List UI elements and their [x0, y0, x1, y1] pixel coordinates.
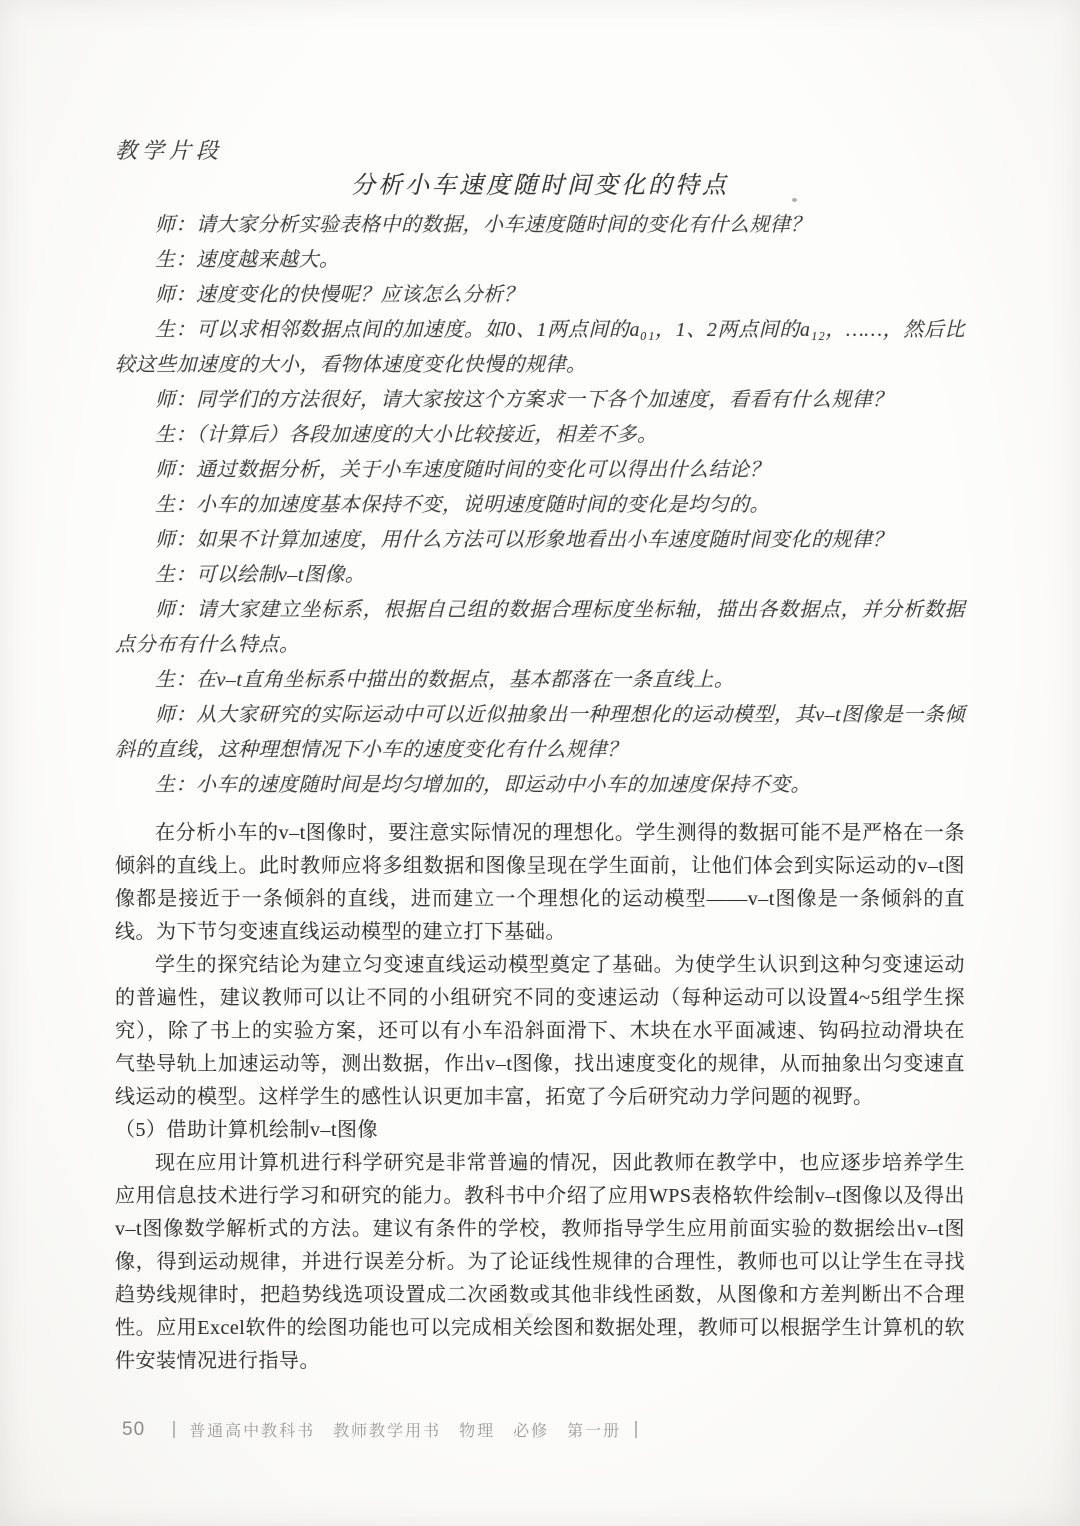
footer-divider: [173, 1421, 175, 1438]
dialogue-text: 从大家研究的实际运动中可以近似抽象出一种理想化的运动模型，其v–t图像是一条倾斜…: [115, 704, 965, 761]
dialogue-line: 师：同学们的方法很好，请大家按这个方案求一下各个加速度，看看有什么规律？: [115, 383, 965, 418]
dialogue-text: 请大家建立坐标系，根据自己组的数据合理标度坐标轴，描出各数据点，并分析数据点分布…: [115, 599, 965, 656]
speaker-label: 生：: [155, 669, 196, 691]
dialogue-text: 速度变化的快慢呢？应该怎么分析？: [196, 284, 524, 306]
dialogue-line: 师：速度变化的快慢呢？应该怎么分析？: [115, 278, 965, 313]
dialogue-text: 通过数据分析，关于小车速度随时间的变化可以得出什么结论？: [196, 459, 770, 481]
commentary-paragraph: 学生的探究结论为建立匀变速直线运动模型奠定了基础。为使学生认识到这种匀变速运动的…: [115, 949, 965, 1114]
speaker-label: 师：: [155, 459, 196, 481]
dialogue-line: 师：从大家研究的实际运动中可以近似抽象出一种理想化的运动模型，其v–t图像是一条…: [115, 698, 965, 768]
dialogue-text: 可以求相邻数据点间的加速度。如0、1两点间的a₀₁，1、2两点间的a₁₂，……，…: [115, 319, 965, 376]
dialogue-text: 如果不计算加速度，用什么方法可以形象地看出小车速度随时间变化的规律？: [196, 529, 893, 551]
page-content: 教学片段 分析小车速度随时间变化的特点 师：请大家分析实验表格中的数据，小车速度…: [115, 136, 965, 1378]
dialogue-text: 同学们的方法很好，请大家按这个方案求一下各个加速度，看看有什么规律？: [196, 389, 893, 411]
dialogue-line: 师：如果不计算加速度，用什么方法可以形象地看出小车速度随时间变化的规律？: [115, 523, 965, 558]
speaker-label: 师：: [155, 214, 196, 236]
speaker-label: 师：: [155, 284, 196, 306]
speaker-label: 生：: [155, 319, 196, 341]
dialogue-text: 小车的加速度基本保持不变，说明速度随时间的变化是均匀的。: [196, 494, 770, 516]
dialogue-line: 师：请大家建立坐标系，根据自己组的数据合理标度坐标轴，描出各数据点，并分析数据点…: [115, 593, 965, 663]
commentary-section: 在分析小车的v–t图像时，要注意实际情况的理想化。学生测得的数据可能不是严格在一…: [115, 817, 965, 1378]
dialogue-text: （计算后）各段加速度的大小比较接近，相差不多。: [196, 424, 658, 446]
dialogue-text: 小车的速度随时间是均匀增加的，即运动中小车的加速度保持不变。: [196, 774, 811, 796]
speaker-label: 师：: [155, 599, 197, 621]
speaker-label: 师：: [155, 389, 196, 411]
footer-book-info: 普通高中教科书 教师教学用书 物理 必修 第一册: [189, 1418, 621, 1441]
dialogue-section: 师：请大家分析实验表格中的数据，小车速度随时间的变化有什么规律？ 生：速度越来越…: [115, 208, 965, 803]
dialogue-line: 师：通过数据分析，关于小车速度随时间的变化可以得出什么结论？: [115, 453, 965, 488]
dialogue-line: 生：小车的速度随时间是均匀增加的，即运动中小车的加速度保持不变。: [115, 768, 965, 803]
dialogue-text: 请大家分析实验表格中的数据，小车速度随时间的变化有什么规律？: [196, 214, 811, 236]
footer-divider: [635, 1421, 637, 1438]
page-footer: 50 普通高中教科书 教师教学用书 物理 必修 第一册: [122, 1418, 637, 1441]
scanned-book-page: 教学片段 分析小车速度随时间变化的特点 师：请大家分析实验表格中的数据，小车速度…: [0, 0, 1080, 1526]
commentary-subheading: （5）借助计算机绘制v–t图像: [115, 1114, 965, 1147]
speaker-label: 生：: [155, 249, 196, 271]
speaker-label: 生：: [155, 494, 196, 516]
dialogue-text: 速度越来越大。: [196, 249, 340, 271]
speaker-label: 师：: [155, 529, 196, 551]
dialogue-line: 生：速度越来越大。: [115, 243, 965, 278]
dialogue-line: 生：可以求相邻数据点间的加速度。如0、1两点间的a₀₁，1、2两点间的a₁₂，……: [115, 313, 965, 383]
dialogue-text: 在v–t直角坐标系中描出的数据点，基本都落在一条直线上。: [196, 669, 734, 691]
page-title: 分析小车速度随时间变化的特点: [115, 170, 965, 202]
speaker-label: 生：: [155, 564, 196, 586]
dialogue-line: 师：请大家分析实验表格中的数据，小车速度随时间的变化有什么规律？: [115, 208, 965, 243]
dialogue-line: 生：可以绘制v–t图像。: [115, 558, 965, 593]
dialogue-line: 生：小车的加速度基本保持不变，说明速度随时间的变化是均匀的。: [115, 488, 965, 523]
speaker-label: 师：: [155, 704, 196, 726]
dialogue-line: 生：（计算后）各段加速度的大小比较接近，相差不多。: [115, 418, 965, 453]
commentary-paragraph: 在分析小车的v–t图像时，要注意实际情况的理想化。学生测得的数据可能不是严格在一…: [115, 817, 965, 949]
speaker-label: 生：: [155, 424, 196, 446]
dialogue-text: 可以绘制v–t图像。: [196, 564, 365, 586]
commentary-paragraph: 现在应用计算机进行科学研究是非常普遍的情况，因此教师在教学中，也应逐步培养学生应…: [115, 1147, 965, 1378]
section-label: 教学片段: [115, 136, 965, 166]
dialogue-line: 生：在v–t直角坐标系中描出的数据点，基本都落在一条直线上。: [115, 663, 965, 698]
page-number: 50: [122, 1419, 145, 1441]
speaker-label: 生：: [155, 774, 196, 796]
